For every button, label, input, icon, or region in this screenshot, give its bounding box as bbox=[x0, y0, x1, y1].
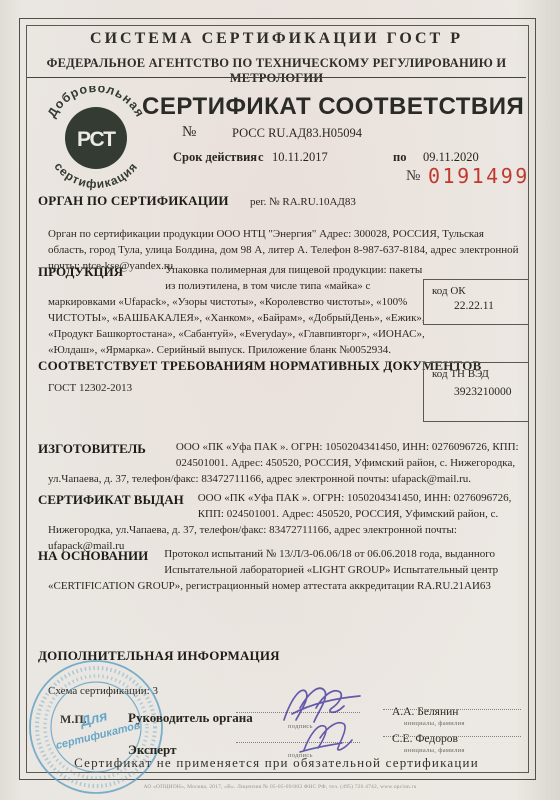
expert-signature-ink bbox=[294, 716, 370, 756]
validity-to-word: по bbox=[393, 150, 406, 165]
code-ok-value: 22.22.11 bbox=[454, 300, 528, 312]
header-system-line: СИСТЕМА СЕРТИФИКАЦИИ ГОСТ Р bbox=[27, 30, 526, 48]
validity-label: Срок действия bbox=[173, 150, 257, 165]
conformity-heading: СООТВЕТСТВУЕТ ТРЕБОВАНИЯМ НОРМАТИВНЫХ ДО… bbox=[38, 358, 481, 374]
cert-number-label: № bbox=[182, 124, 196, 141]
head-name: А.А. Белянин bbox=[392, 704, 458, 721]
certificate-page: СИСТЕМА СЕРТИФИКАЦИИ ГОСТ Р ФЕДЕРАЛЬНОЕ … bbox=[0, 0, 560, 800]
certificate-title: СЕРТИФИКАТ СООТВЕТСТВИЯ bbox=[142, 93, 527, 121]
serial-number-label: № bbox=[406, 168, 420, 185]
header-agency-line: ФЕДЕРАЛЬНОЕ АГЕНТСТВО ПО ТЕХНИЧЕСКОМУ РЕ… bbox=[27, 56, 526, 86]
validity-from-word: с bbox=[258, 150, 264, 165]
expert-name-line bbox=[383, 736, 521, 737]
head-name-line bbox=[383, 709, 521, 710]
org-heading: ОРГАН ПО СЕРТИФИКАЦИИ bbox=[38, 193, 229, 209]
tnved-label: код ТН ВЭД bbox=[432, 368, 528, 380]
org-reg-number: рег. № RA.RU.10АД83 bbox=[250, 196, 356, 208]
tnved-value: 3923210000 bbox=[454, 386, 528, 398]
validity-from-date: 10.11.2017 bbox=[272, 150, 328, 165]
header-divider bbox=[27, 77, 526, 78]
stamp-line1: Для bbox=[78, 707, 109, 729]
logo-monogram: РСТ bbox=[77, 128, 116, 151]
product-heading: ПРОДУКЦИЯ bbox=[38, 263, 123, 282]
validity-to-date: 09.11.2020 bbox=[423, 150, 479, 165]
cert-number-value: РОСС RU.АД83.Н05094 bbox=[232, 126, 362, 141]
basis-heading: НА ОСНОВАНИИ bbox=[38, 547, 148, 566]
printer-note: АО «ОПЦИОН», Москва, 2017, «В». Лицензия… bbox=[60, 784, 500, 790]
standard-value: ГОСТ 12302-2013 bbox=[48, 381, 132, 397]
basis-section: НА ОСНОВАНИИПротокол испытаний № 13/Л/3-… bbox=[48, 547, 526, 595]
code-ok-box: код ОК 22.22.11 bbox=[423, 279, 528, 325]
product-section: ПРОДУКЦИЯУпаковка полимерная для пищевой… bbox=[48, 263, 431, 359]
head-name-caption: инициалы, фамилия bbox=[404, 720, 465, 727]
serial-number-value: 0191499 bbox=[428, 164, 530, 188]
manufacturer-section: ИЗГОТОВИТЕЛЬООО «ПК «Уфа ПАК ». ОГРН: 10… bbox=[48, 440, 526, 488]
expert-name: С.Е. Федоров bbox=[392, 731, 458, 748]
footer-note: Сертификат не применяется при обязательн… bbox=[26, 755, 527, 771]
expert-name-caption: инициалы, фамилия bbox=[404, 747, 465, 754]
manufacturer-heading: ИЗГОТОВИТЕЛЬ bbox=[38, 440, 146, 459]
rst-logo: Добровольная сертификация РСТ bbox=[34, 86, 158, 196]
code-ok-label: код ОК bbox=[432, 285, 528, 297]
issued-heading: СЕРТИФИКАТ ВЫДАН bbox=[38, 491, 184, 510]
tnved-box: код ТН ВЭД 3923210000 bbox=[423, 362, 528, 422]
head-role-label: Руководитель органа bbox=[128, 710, 253, 726]
issued-section: СЕРТИФИКАТ ВЫДАНООО «ПК «Уфа ПАК ». ОГРН… bbox=[48, 491, 526, 555]
